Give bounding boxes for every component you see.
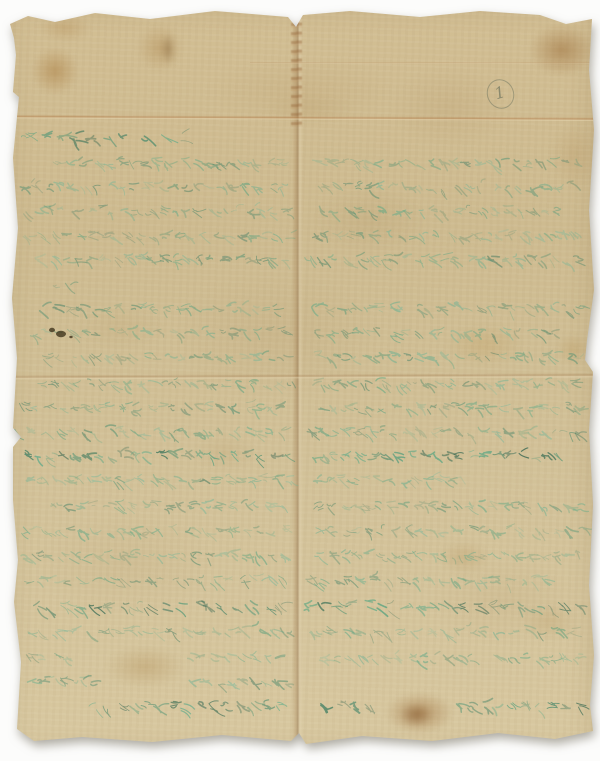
stain [128, 16, 192, 80]
stain [250, 88, 370, 130]
stain [22, 38, 88, 104]
stain [60, 298, 180, 358]
stain [540, 110, 600, 200]
stain [430, 316, 540, 374]
page-number-digit: 1 [493, 84, 507, 102]
handwriting-ink [0, 0, 600, 761]
stain [428, 534, 500, 580]
stain [158, 26, 178, 72]
fold-crease-horizontal-mid [12, 373, 594, 380]
fold-crease-vertical [292, 12, 303, 743]
fold-crease-vertical-worn [291, 14, 302, 126]
stain [516, 14, 600, 86]
ink-blots [49, 328, 73, 338]
scanned-letter-photo: 1 [0, 0, 600, 761]
stain [30, 8, 100, 48]
stain [180, 428, 270, 478]
fold-crease-horizontal-top [12, 115, 594, 122]
page-number-circled: 1 [482, 75, 519, 113]
stain [90, 638, 200, 696]
stain [290, 175, 450, 265]
fold-crease-horizontal-faint [250, 62, 594, 64]
letter-paper: 1 [0, 0, 600, 761]
stain [510, 596, 590, 648]
stain [393, 698, 439, 732]
stain [372, 684, 467, 742]
paper-shadow-wrap: 1 [0, 0, 600, 761]
stain [548, 328, 600, 370]
